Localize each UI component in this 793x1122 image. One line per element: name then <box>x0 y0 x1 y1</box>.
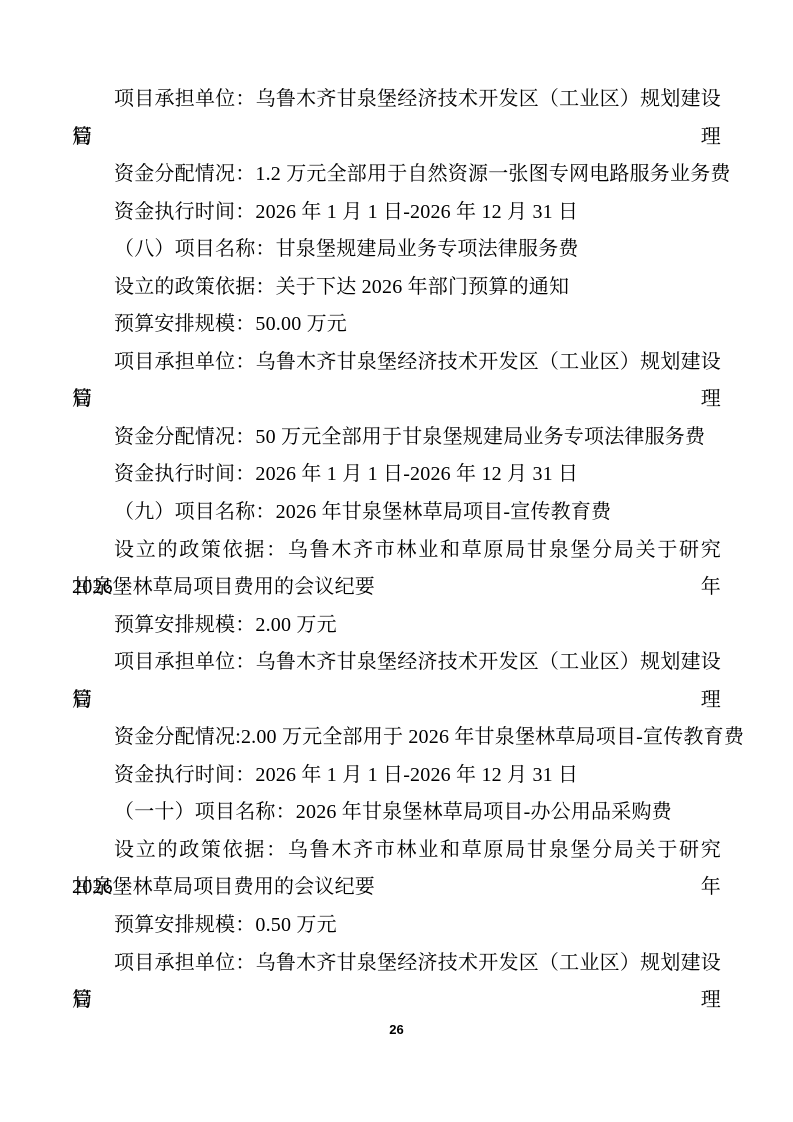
text-line: 设立的政策依据：乌鲁木齐市林业和草原局甘泉堡分局关于研究 2026 年 <box>72 832 721 870</box>
document-body: 项目承担单位：乌鲁木齐甘泉堡经济技术开发区（工业区）规划建设管理 局 资金分配情… <box>0 0 793 1020</box>
text-line: 预算安排规模：2.00 万元 <box>72 607 721 645</box>
text-line: 资金分配情况：1.2 万元全部用于自然资源一张图专网电路服务业务费 <box>72 156 721 194</box>
document-page: 项目承担单位：乌鲁木齐甘泉堡经济技术开发区（工业区）规划建设管理 局 资金分配情… <box>0 0 793 1122</box>
text-line: 资金分配情况:2.00 万元全部用于 2026 年甘泉堡林草局项目-宣传教育费 <box>72 719 721 757</box>
text-line: （一十）项目名称：2026 年甘泉堡林草局项目-办公用品采购费 <box>72 794 721 832</box>
text-line: 预算安排规模：50.00 万元 <box>72 306 721 344</box>
text-line: 资金执行时间：2026 年 1 月 1 日-2026 年 12 月 31 日 <box>72 456 721 494</box>
text-line: 资金执行时间：2026 年 1 月 1 日-2026 年 12 月 31 日 <box>72 757 721 795</box>
text-line: （九）项目名称：2026 年甘泉堡林草局项目-宣传教育费 <box>72 494 721 532</box>
text-line: 项目承担单位：乌鲁木齐甘泉堡经济技术开发区（工业区）规划建设管理 <box>72 644 721 682</box>
page-number: 26 <box>0 1022 793 1037</box>
text-line: 项目承担单位：乌鲁木齐甘泉堡经济技术开发区（工业区）规划建设管理 <box>72 344 721 382</box>
text-line: 资金分配情况：50 万元全部用于甘泉堡规建局业务专项法律服务费 <box>72 419 721 457</box>
text-line: 预算安排规模：0.50 万元 <box>72 907 721 945</box>
text-line: 项目承担单位：乌鲁木齐甘泉堡经济技术开发区（工业区）规划建设管理 <box>72 81 721 119</box>
text-line: 设立的政策依据：乌鲁木齐市林业和草原局甘泉堡分局关于研究 2026 年 <box>72 532 721 570</box>
text-line: （八）项目名称：甘泉堡规建局业务专项法律服务费 <box>72 231 721 269</box>
text-line: 项目承担单位：乌鲁木齐甘泉堡经济技术开发区（工业区）规划建设管理 <box>72 945 721 983</box>
text-line: 资金执行时间：2026 年 1 月 1 日-2026 年 12 月 31 日 <box>72 194 721 232</box>
text-line: 设立的政策依据：关于下达 2026 年部门预算的通知 <box>72 269 721 307</box>
